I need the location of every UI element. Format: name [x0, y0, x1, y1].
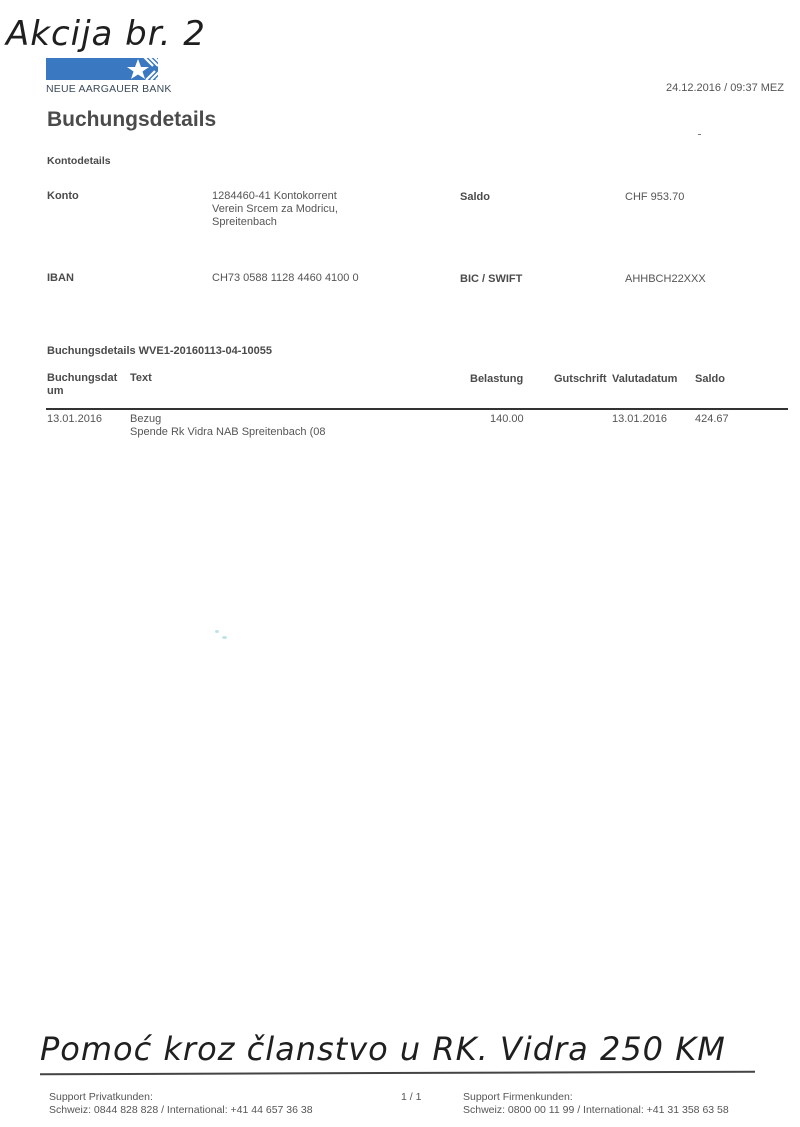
saldo-value: CHF 953.70	[625, 191, 684, 204]
scan-speck	[215, 630, 219, 633]
konto-label: Konto	[47, 190, 79, 202]
handwritten-title-note: Akcija br. 2	[6, 14, 206, 54]
cell-booking-date: 13.01.2016	[47, 413, 102, 426]
iban-value: CH73 0588 1128 4460 4100 0	[212, 272, 359, 285]
konto-value: 1284460-41 Kontokorrent Verein Srcem za …	[212, 190, 338, 229]
print-timestamp: 24.12.2016 / 09:37 MEZ	[666, 82, 784, 94]
column-header-balance: Saldo	[695, 373, 725, 386]
star-stripes-icon	[124, 56, 164, 82]
footer-business-support: Support Firmenkunden: Schweiz: 0800 00 1…	[463, 1091, 729, 1117]
scan-speck	[222, 636, 227, 639]
footer-private-phones: Schweiz: 0844 828 828 / International: +…	[49, 1104, 313, 1117]
konto-line: 1284460-41 Kontokorrent	[212, 190, 338, 203]
cell-debit: 140.00	[490, 413, 524, 426]
handwritten-underline	[40, 1071, 755, 1075]
footer-business-label: Support Firmenkunden:	[463, 1091, 729, 1104]
footer-business-phones: Schweiz: 0800 00 11 99 / International: …	[463, 1104, 729, 1117]
cell-value-date: 13.01.2016	[612, 413, 667, 426]
scan-speck	[698, 134, 701, 135]
footer-private-label: Support Privatkunden:	[49, 1091, 313, 1104]
column-header-value-date: Valutadatum	[612, 373, 677, 386]
table-header-divider	[46, 408, 788, 410]
column-header-booking-date: Buchungsdat um	[47, 372, 117, 398]
iban-label: IBAN	[47, 272, 74, 284]
column-header-debit: Belastung	[470, 373, 523, 386]
konto-line: Spreitenbach	[212, 216, 338, 229]
bank-logo	[46, 58, 158, 80]
bic-label: BIC / SWIFT	[460, 273, 522, 285]
booking-heading: Buchungsdetails WVE1-20160113-04-10055	[47, 345, 272, 357]
cell-balance: 424.67	[695, 413, 729, 426]
page-number: 1 / 1	[401, 1091, 421, 1104]
page-title: Buchungsdetails	[47, 108, 216, 132]
konto-line: Verein Srcem za Modricu,	[212, 203, 338, 216]
column-header-credit: Gutschrift	[554, 373, 607, 386]
handwritten-bottom-note: Pomoć kroz članstvo u RK. Vidra 250 KM	[40, 1030, 726, 1068]
bic-value: AHHBCH22XXX	[625, 273, 706, 286]
column-header-text: Text	[130, 372, 152, 385]
saldo-label: Saldo	[460, 191, 490, 203]
cell-text: Bezug Spende Rk Vidra NAB Spreitenbach (…	[130, 413, 325, 439]
footer-private-support: Support Privatkunden: Schweiz: 0844 828 …	[49, 1091, 313, 1117]
section-title-account: Kontodetails	[47, 155, 111, 167]
bank-name: NEUE AARGAUER BANK	[46, 83, 172, 95]
